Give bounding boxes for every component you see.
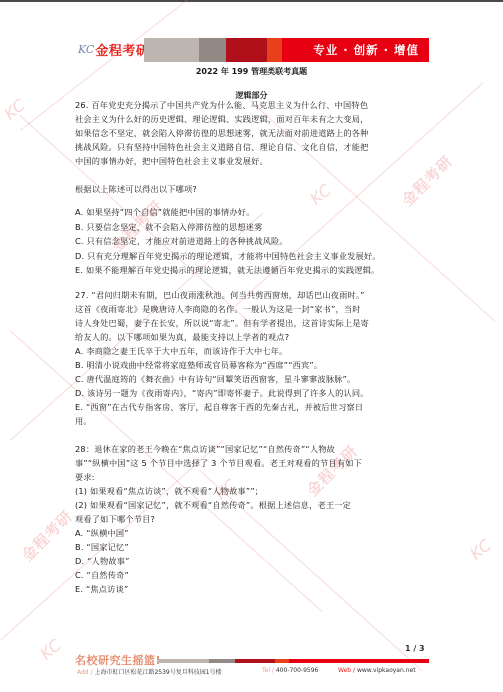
option-b: B. “国家记忆” xyxy=(75,540,430,554)
page-header: KC 金程考研 专业 · 创新 · 增值 xyxy=(78,38,429,62)
question-stem-line: 事”“纵横中国”这 5 个节目中选择了 3 个节目观看。老王对观看的节目有如下 xyxy=(75,456,430,470)
question-stem-line: 如果信念不坚定，就会陷入停滞彷徨的思想迷雾，就无法面对前进道路上的各种 xyxy=(75,126,430,140)
brand-name: 金程考研 xyxy=(95,40,149,59)
option-d: D. 只有充分理解百年党史揭示的理论逻辑，才能将中国特色社会主义事业发展好。 xyxy=(75,249,430,264)
header-slogan: 专业 · 创新 · 增值 xyxy=(313,42,419,58)
question-stem-line: 26. 百年党史充分揭示了中国共产党为什么能、马克思主义为什么行、中国特色 xyxy=(75,98,430,112)
option-e: E. “西窗”在古代专指客房、客厅，起自尊客于西的先秦古礼，并被后世习察日 xyxy=(75,400,430,414)
question-condition-2: (2) 如果观看“国家记忆”，就不观看“自然传奇”。根据上述信息，老王一定 xyxy=(75,498,430,512)
footer-bar-segment-2 xyxy=(209,659,235,663)
option-a: A. “纵横中国” xyxy=(75,526,430,540)
question-28: 28：退休在家的老王今晚在“焦点访谈”“国家记忆”“自然传奇”“人物故 事”“纵… xyxy=(75,442,430,596)
address-label: Add / xyxy=(77,669,93,676)
option-d: D. 该诗另一题为《夜雨寄内》，“寄内”即寄怀妻子。此说得到了许多人的认同。 xyxy=(75,386,430,400)
question-26: 26. 百年党史充分揭示了中国共产党为什么能、马克思主义为什么行、中国特色 社会… xyxy=(75,98,430,168)
question-stem-line: 诗人身处巴蜀，妻子在长安，所以说“寄北”。但有学者提出，这首诗实际上是寄 xyxy=(75,316,430,330)
footer-slogan: 名校研究生摇篮! xyxy=(75,652,161,668)
option-c: C. 只有信念坚定，才能应对前进道路上的各种挑战风险。 xyxy=(75,234,430,249)
header-bar-segment-1 xyxy=(144,38,199,62)
footer-bar-segment-3 xyxy=(235,659,275,663)
question-stem-line: 要求: xyxy=(75,470,430,484)
web-label: Web / xyxy=(338,667,355,674)
footer-bar-segment-5 xyxy=(289,659,429,663)
top-border-strip xyxy=(0,0,503,2)
header-bar-segment-5: 专业 · 创新 · 增值 xyxy=(282,38,429,62)
question-stem-line: 28：退休在家的老王今晚在“焦点访谈”“国家记忆”“自然传奇”“人物故 xyxy=(75,442,430,456)
option-b: B. 只要信念坚定，就不会陷入停滞彷徨的思想迷雾 xyxy=(75,220,430,235)
option-c: C. 唐代温庭筠的《舞衣曲》中有诗句“回颦笑语西窗客，星斗寥寥波脉脉”。 xyxy=(75,372,430,386)
footer-tel: Tel / 400-700-9596 xyxy=(262,667,318,674)
watermark-kc-mark: KC xyxy=(466,535,494,563)
question-27: 27. “君问归期未有期，巴山夜雨涨秋池。何当共剪西窗烛，却话巴山夜雨时。” 这… xyxy=(75,288,430,428)
question-stem-line: 观看了如下哪个节目? xyxy=(75,512,430,526)
option-a: A. 李商隐之妻王氏卒于大中五年，而该诗作于大中七年。 xyxy=(75,344,430,358)
watermark-logo: 金程考研 xyxy=(17,505,77,565)
option-a: A. 如果坚持“四个自信”就能把中国的事情办好。 xyxy=(75,205,430,220)
option-e: E. 如果不能理解百年党史揭示的理论逻辑，就无法遵循百年党史揭示的实践逻辑。 xyxy=(75,263,430,278)
kc-logo-icon: KC xyxy=(78,43,94,56)
question-26-prompt: 根据以上陈述可以得出以下哪项? xyxy=(75,182,430,196)
question-stem-line: 挑战风险。只有坚持中国特色社会主义道路自信、理论自信、文化自信，才能把 xyxy=(75,140,430,154)
document-title: 2022 年 199 管理类联考真题 xyxy=(0,66,503,77)
question-stem-line: 这首《夜雨寄北》是晚唐诗人李商隐的名作。一般认为这是一封“家书”，当时 xyxy=(75,302,430,316)
page-number: 1 / 3 xyxy=(405,644,425,653)
question-stem-line: 给友人的。以下哪项如果为真，最能支持以上学者的观点? xyxy=(75,330,430,344)
option-b: B. 明清小说戏曲中经常将家庭塾师或官员幕客称为“西席”“西宾”。 xyxy=(75,358,430,372)
tel-number: 400-700-9596 xyxy=(276,667,319,674)
header-bar-segment-2 xyxy=(199,38,226,62)
option-e: E. “焦点访谈” xyxy=(75,582,430,596)
tel-label: Tel / xyxy=(262,667,274,674)
question-stem-line: 中国的事情办好，把中国特色社会主义事业发展好。 xyxy=(75,154,430,168)
option-d: D. “人物故事” xyxy=(75,554,430,568)
footer-web: Web / www.vipkaoyan.net xyxy=(338,667,416,674)
footer-bar-segment-1 xyxy=(157,659,209,663)
address-text: 上海市虹口区松花江路2539号复旦科技园1号楼 xyxy=(94,669,221,676)
web-link[interactable]: www.vipkaoyan.net xyxy=(357,667,416,674)
question-26-options: A. 如果坚持“四个自信”就能把中国的事情办好。 B. 只要信念坚定，就不会陷入… xyxy=(75,205,430,278)
footer-bar-segment-4 xyxy=(275,659,289,663)
brand-logo: KC 金程考研 xyxy=(78,40,149,59)
question-stem-line: 27. “君问归期未有期，巴山夜雨涨秋池。何当共剪西窗烛，却话巴山夜雨时。” xyxy=(75,288,430,302)
header-bar-segment-3 xyxy=(226,38,267,62)
header-bar-segment-4 xyxy=(267,38,282,62)
option-c: C. “自然传奇” xyxy=(75,568,430,582)
watermark-kc-mark: KC xyxy=(36,635,64,663)
question-condition-1: (1) 如果观看“焦点访谈”，就不观看“人物故事””； xyxy=(75,484,430,498)
footer-address: Add / 上海市虹口区松花江路2539号复旦科技园1号楼 xyxy=(77,667,222,676)
question-stem-line: 社会主义为什么好的历史逻辑、理论逻辑、实践逻辑，面对百年未有之大变局， xyxy=(75,112,430,126)
option-e-continued: 用。 xyxy=(75,414,430,428)
question-prompt: 根据以上陈述可以得出以下哪项? xyxy=(75,182,430,196)
